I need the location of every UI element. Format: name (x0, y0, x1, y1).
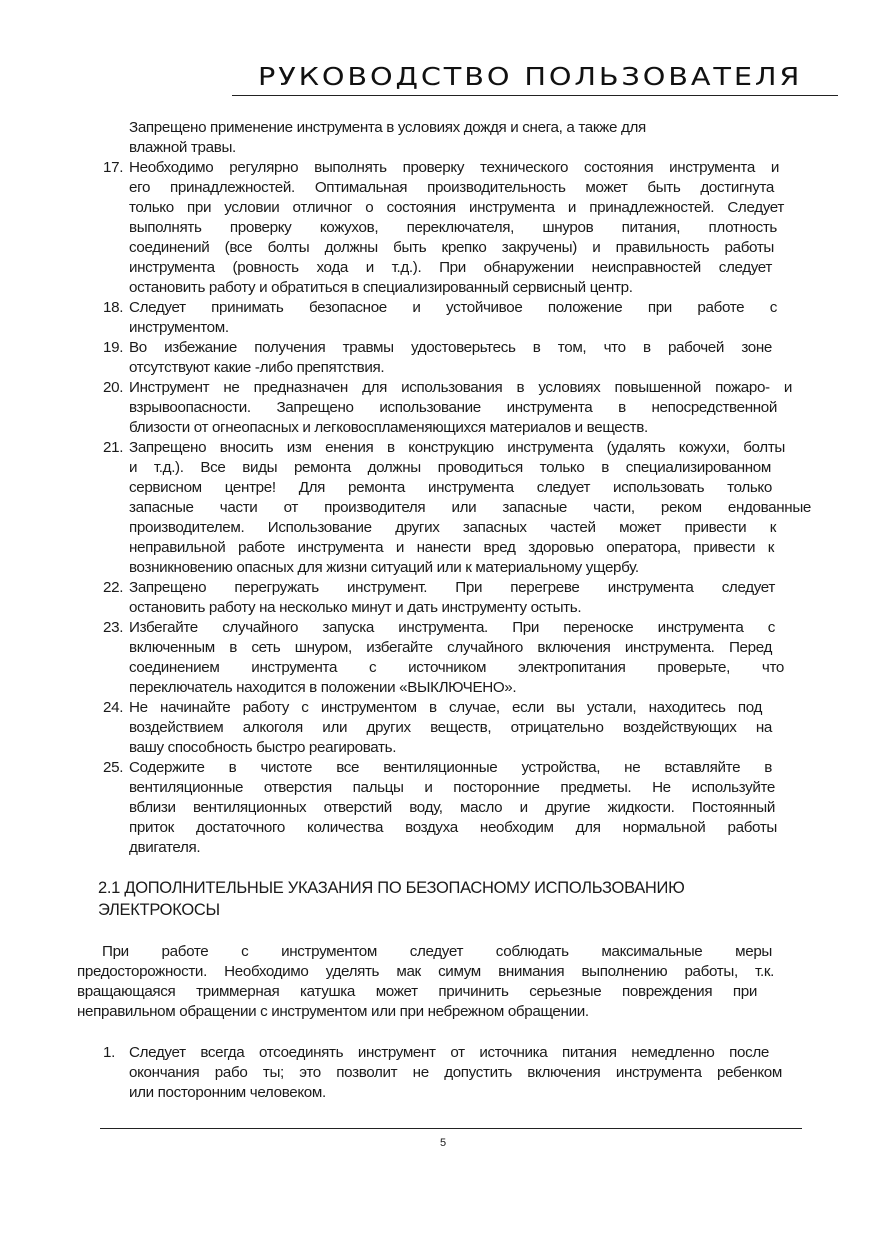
list-item-line: Запрещено перегружать инструмент. При пе… (129, 578, 775, 598)
list-item-line: выполнять проверку кожухов, переключател… (129, 218, 777, 238)
list-item-line: сервисном центре! Для ремонта инструмент… (129, 478, 772, 498)
list-item-line: Не начинайте работу с инструментом в слу… (129, 698, 762, 718)
list-item-line: Во избежание получения травмы удостоверь… (129, 338, 772, 358)
list-item-line: Избегайте случайного запуска инструмента… (129, 618, 775, 638)
list-item-line: запасные части от производителя или запа… (129, 498, 811, 518)
list-item-line: Инструмент не предназначен для использов… (129, 378, 792, 398)
list-item-line: вблизи вентиляционных отверстий воду, ма… (129, 798, 775, 818)
list-item-line: Запрещено вносить изм енения в конструкц… (129, 438, 785, 458)
list-item-line: отсутствуют какие -либо препятствия. (129, 358, 384, 378)
list-item-line: остановить работу на несколько минут и д… (129, 598, 581, 618)
intro-line: влажной травы. (129, 138, 236, 158)
list-item-line: Содержите в чистоте все вентиляционные у… (129, 758, 772, 778)
list-item-line: вашу способность быстро реагировать. (129, 738, 396, 758)
list-item-line: Необходимо регулярно выполнять проверку … (129, 158, 779, 178)
list-item-line: двигателя. (129, 838, 200, 858)
list-item-number: 1. (103, 1043, 115, 1063)
list-item-number: 21. (103, 438, 123, 458)
footer-divider (100, 1128, 802, 1129)
list-item-line: включенным в сеть шнуром, избегайте случ… (129, 638, 772, 658)
list-item-line: переключатель находится в положении «ВЫК… (129, 678, 516, 698)
list-item-line: возникновению опасных для жизни ситуаций… (129, 558, 639, 578)
list-item-line: инструмента (ровность хода и т.д.). При … (129, 258, 772, 278)
intro-line: Запрещено применение инструмента в услов… (129, 118, 646, 138)
list-item-line: Следует всегда отсоединять инструмент от… (129, 1043, 769, 1063)
list-item-number: 24. (103, 698, 123, 718)
header-divider (232, 95, 838, 96)
paragraph-line: неправильном обращении с инструментом ил… (77, 1002, 589, 1022)
list-item-line: и т.д.). Все виды ремонта должны проводи… (129, 458, 771, 478)
list-item-line: вентиляционные отверстия пальцы и постор… (129, 778, 775, 798)
list-item-line: остановить работу и обратиться в специал… (129, 278, 633, 298)
list-item-line: инструментом. (129, 318, 229, 338)
list-item-line: неправильной работе инструмента и нанест… (129, 538, 774, 558)
list-item-line: или посторонним человеком. (129, 1083, 326, 1103)
page-number: 5 (440, 1137, 446, 1149)
paragraph-line: вращающаяся триммерная катушка может при… (77, 982, 757, 1002)
list-item-line: его принадлежностей. Оптимальная произво… (129, 178, 774, 198)
list-item-line: близости от огнеопасных и легковоспламен… (129, 418, 648, 438)
list-item-number: 22. (103, 578, 123, 598)
list-item-line: взрывоопасности. Запрещено использование… (129, 398, 777, 418)
list-item-line: Следует принимать безопасное и устойчиво… (129, 298, 777, 318)
list-item-number: 17. (103, 158, 123, 178)
list-item-line: воздействием алкоголя или других веществ… (129, 718, 772, 738)
section-heading: 2.1 ДОПОЛНИТЕЛЬНЫЕ УКАЗАНИЯ ПО БЕЗОПАСНО… (98, 877, 684, 899)
list-item-line: производителем. Использование других зап… (129, 518, 776, 538)
list-item-number: 18. (103, 298, 123, 318)
list-item-number: 19. (103, 338, 123, 358)
list-item-line: соединением инструмента с источником эле… (129, 658, 784, 678)
manual-title: РУКОВОДСТВО ПОЛЬЗОВАТЕЛЯ (258, 62, 802, 91)
list-item-line: только при условии отличног о состояния … (129, 198, 784, 218)
paragraph-line: предосторожности. Необходимо уделять мак… (77, 962, 774, 982)
list-item-number: 20. (103, 378, 123, 398)
list-item-number: 23. (103, 618, 123, 638)
list-item-line: соединений (все болты должны быть крепко… (129, 238, 774, 258)
paragraph-line: При работе с инструментом следует соблюд… (102, 942, 772, 962)
list-item-line: приток достаточного количества воздуха н… (129, 818, 777, 838)
list-item-line: окончания рабо ты; это позволит не допус… (129, 1063, 782, 1083)
section-heading: ЭЛЕКТРОКОСЫ (98, 899, 220, 921)
list-item-number: 25. (103, 758, 123, 778)
